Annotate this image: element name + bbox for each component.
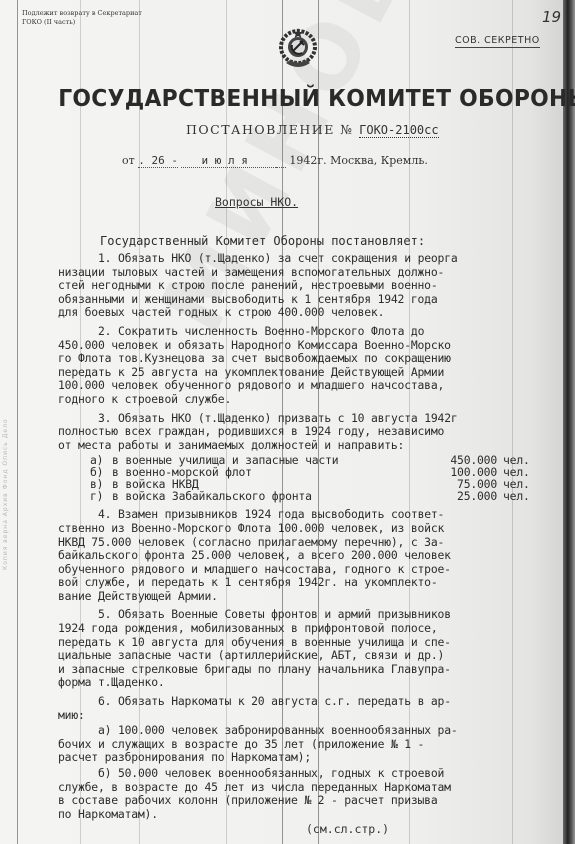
decree-number: ГОКО-2100сс	[359, 123, 438, 138]
point-6: 6. Обязать Наркоматы к 20 августа с.г. п…	[58, 695, 558, 722]
return-note: Подлежит возврату в Секретариат ГОКО (II…	[22, 9, 142, 27]
margin-stamp: Копия верна Архив Фонд Опись Дело	[2, 170, 10, 570]
document-page: МИНОБОРОНЫ Копия верна Архив Фонд Опись …	[0, 0, 575, 844]
point-2: 2. Сократить численность Военно-Морского…	[58, 325, 558, 407]
committee-title: ГОСУДАРСТВЕННЫЙ КОМИТЕТ ОБОРОНЫ	[58, 84, 542, 112]
scan-edge-shadow	[563, 0, 575, 844]
subject-heading: Вопросы НКО.	[215, 195, 298, 209]
date-day: . 26 -	[138, 154, 178, 168]
date-prefix: от	[122, 154, 135, 167]
date-year-place: 1942г. Москва, Кремль.	[289, 154, 428, 167]
decree-body: 1. Обязать НКО (т.Щаденко) за счет сокра…	[58, 252, 558, 823]
point-1: 1. Обязать НКО (т.Щаденко) за счет сокра…	[58, 252, 558, 320]
continuation-note: (см.сл.стр.)	[306, 822, 389, 836]
point-4: 4. Взамен призывников 1924 года высвобод…	[58, 508, 558, 603]
date-month: и ю л я	[181, 154, 275, 168]
decree-date: от . 26 - и ю л я 1942г. Москва, Кремль.	[122, 154, 428, 167]
preamble: Государственный Комитет Обороны постанов…	[100, 234, 425, 248]
return-note-line2: ГОКО (II часть)	[22, 18, 142, 27]
ussr-emblem-icon	[276, 27, 320, 73]
point-3: 3. Обязать НКО (т.Щаденко) призвать с 10…	[58, 412, 558, 453]
scan-line	[17, 0, 18, 844]
point-6-subpoint-b: б) 50.000 человек военнообязанных, годны…	[58, 767, 558, 821]
point-6-subpoint-a: а) 100.000 человек забронированных военн…	[58, 724, 558, 765]
page-number: 19	[542, 8, 561, 26]
return-note-line1: Подлежит возврату в Секретариат	[22, 9, 142, 18]
classification-label: СОВ. СЕКРЕТНО	[455, 35, 540, 48]
allocation-list: а) в военные училища и запасные части 45…	[58, 454, 558, 502]
point-5: 5. Обязать Военные Советы фронтов и арми…	[58, 608, 558, 690]
decree-heading: ПОСТАНОВЛЕНИЕ № ГОКО-2100сс	[186, 122, 439, 137]
decree-label: ПОСТАНОВЛЕНИЕ №	[186, 122, 354, 137]
allocation-row: г) в войска Забайкальского фронта 25.000…	[58, 490, 558, 502]
